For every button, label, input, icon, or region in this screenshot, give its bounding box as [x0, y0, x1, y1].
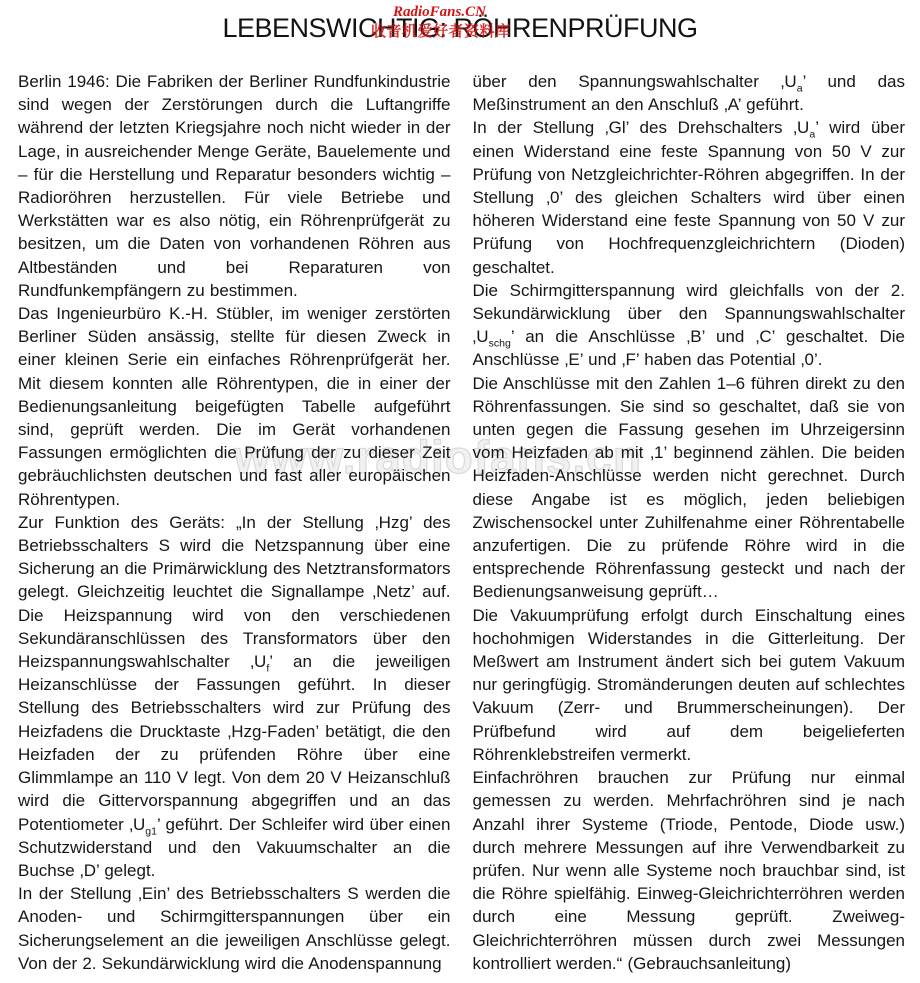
paragraph: Die Schirmgitterspannung wird gleichfall…: [473, 279, 906, 372]
paragraph: Zur Funktion des Geräts: „In der Stellun…: [18, 511, 451, 882]
paragraph: In der Stellung ‚Ein’ des Betriebsschalt…: [18, 882, 451, 975]
paragraph: Die Vakuumprüfung erfolgt durch Einschal…: [473, 604, 906, 766]
paragraph: Das Ingenieurbüro K.-H. Stübler, im weni…: [18, 302, 451, 511]
article-body: Berlin 1946: Die Fabriken der Berliner R…: [18, 70, 905, 975]
article-column-left: Berlin 1946: Die Fabriken der Berliner R…: [18, 70, 451, 975]
watermark-chinese-text: 收音机爱好者资料库: [371, 20, 511, 41]
paragraph: In der Stellung ‚Gl’ des Drehschalters ‚…: [473, 116, 906, 278]
watermark-radiofans-brand: RadioFans.CN: [393, 4, 486, 21]
article-column-right: über den Spannungswahlschalter ‚Ua’ und …: [473, 70, 906, 975]
paragraph: Berlin 1946: Die Fabriken der Berliner R…: [18, 70, 451, 302]
paragraph: über den Spannungswahlschalter ‚Ua’ und …: [473, 70, 906, 116]
paragraph: Einfachröhren brauchen zur Prüfung nur e…: [473, 766, 906, 975]
paragraph: Die Anschlüsse mit den Zahlen 1–6 führen…: [473, 372, 906, 604]
document-page: { "colors": { "text": "#161616", "waterm…: [0, 0, 920, 983]
